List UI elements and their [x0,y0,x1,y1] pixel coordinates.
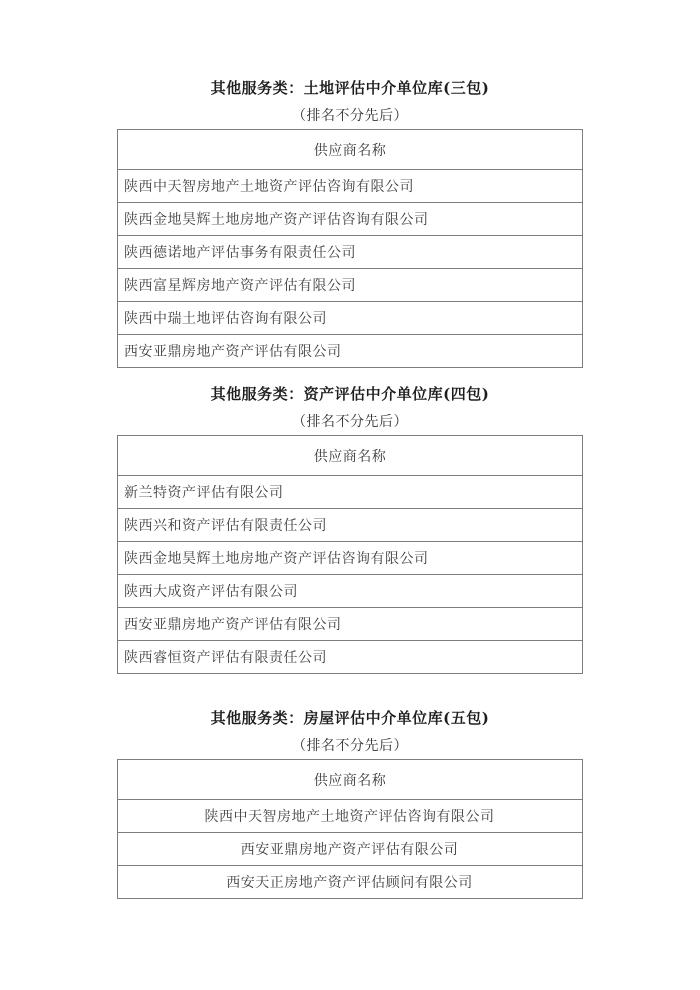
supplier-table: 供应商名称 陕西中天智房地产土地资产评估咨询有限公司 西安亚鼎房地产资产评估有限… [117,759,583,899]
section-title: 其他服务类：房屋评估中介单位库(五包) [0,708,700,728]
table-row: 陕西中瑞土地评估咨询有限公司 [118,302,583,335]
section-title: 其他服务类：资产评估中介单位库(四包) [0,384,700,404]
supplier-name-cell: 陕西大成资产评估有限公司 [118,575,583,608]
table-row: 陕西金地昊辉土地房地产资产评估咨询有限公司 [118,542,583,575]
table-row: 陕西睿恒资产评估有限责任公司 [118,641,583,674]
supplier-name-cell: 陕西金地昊辉土地房地产资产评估咨询有限公司 [118,542,583,575]
supplier-name-cell: 陕西德诺地产评估事务有限责任公司 [118,236,583,269]
supplier-name-cell: 陕西富星辉房地产资产评估有限公司 [118,269,583,302]
section-subtitle: （排名不分先后） [0,737,700,755]
table-row: 西安天正房地产资产评估顾问有限公司 [118,866,583,899]
supplier-name-cell: 陕西金地昊辉土地房地产资产评估咨询有限公司 [118,203,583,236]
table-row: 西安亚鼎房地产资产评估有限公司 [118,833,583,866]
section-subtitle: （排名不分先后） [0,413,700,431]
supplier-name-header: 供应商名称 [118,760,583,800]
section-house-appraisal: 其他服务类：房屋评估中介单位库(五包) （排名不分先后） 供应商名称 陕西中天智… [0,708,700,899]
table-header-row: 供应商名称 [118,760,583,800]
supplier-name-cell: 陕西兴和资产评估有限责任公司 [118,509,583,542]
table-row: 陕西中天智房地产土地资产评估咨询有限公司 [118,800,583,833]
section-subtitle: （排名不分先后） [0,107,700,125]
table-row: 陕西金地昊辉土地房地产资产评估咨询有限公司 [118,203,583,236]
table-row: 西安亚鼎房地产资产评估有限公司 [118,608,583,641]
table-row: 陕西富星辉房地产资产评估有限公司 [118,269,583,302]
supplier-name-cell: 新兰特资产评估有限公司 [118,476,583,509]
supplier-name-cell: 陕西中瑞土地评估咨询有限公司 [118,302,583,335]
table-row: 西安亚鼎房地产资产评估有限公司 [118,335,583,368]
table-row: 陕西兴和资产评估有限责任公司 [118,509,583,542]
section-title: 其他服务类：土地评估中介单位库(三包) [0,78,700,98]
section-land-appraisal: 其他服务类：土地评估中介单位库(三包) （排名不分先后） 供应商名称 陕西中天智… [0,78,700,368]
table-row: 陕西中天智房地产土地资产评估咨询有限公司 [118,170,583,203]
supplier-table: 供应商名称 陕西中天智房地产土地资产评估咨询有限公司 陕西金地昊辉土地房地产资产… [117,129,583,368]
supplier-table: 供应商名称 新兰特资产评估有限公司 陕西兴和资产评估有限责任公司 陕西金地昊辉土… [117,435,583,674]
supplier-name-header: 供应商名称 [118,130,583,170]
table-row: 新兰特资产评估有限公司 [118,476,583,509]
supplier-name-cell: 陕西中天智房地产土地资产评估咨询有限公司 [118,170,583,203]
table-row: 陕西大成资产评估有限公司 [118,575,583,608]
supplier-name-header: 供应商名称 [118,436,583,476]
supplier-name-cell: 西安亚鼎房地产资产评估有限公司 [118,335,583,368]
table-header-row: 供应商名称 [118,436,583,476]
supplier-name-cell: 陕西中天智房地产土地资产评估咨询有限公司 [118,800,583,833]
supplier-name-cell: 西安亚鼎房地产资产评估有限公司 [118,608,583,641]
table-header-row: 供应商名称 [118,130,583,170]
supplier-name-cell: 西安亚鼎房地产资产评估有限公司 [118,833,583,866]
document-page: 其他服务类：土地评估中介单位库(三包) （排名不分先后） 供应商名称 陕西中天智… [0,0,700,990]
supplier-name-cell: 陕西睿恒资产评估有限责任公司 [118,641,583,674]
table-row: 陕西德诺地产评估事务有限责任公司 [118,236,583,269]
section-asset-appraisal: 其他服务类：资产评估中介单位库(四包) （排名不分先后） 供应商名称 新兰特资产… [0,384,700,674]
supplier-name-cell: 西安天正房地产资产评估顾问有限公司 [118,866,583,899]
